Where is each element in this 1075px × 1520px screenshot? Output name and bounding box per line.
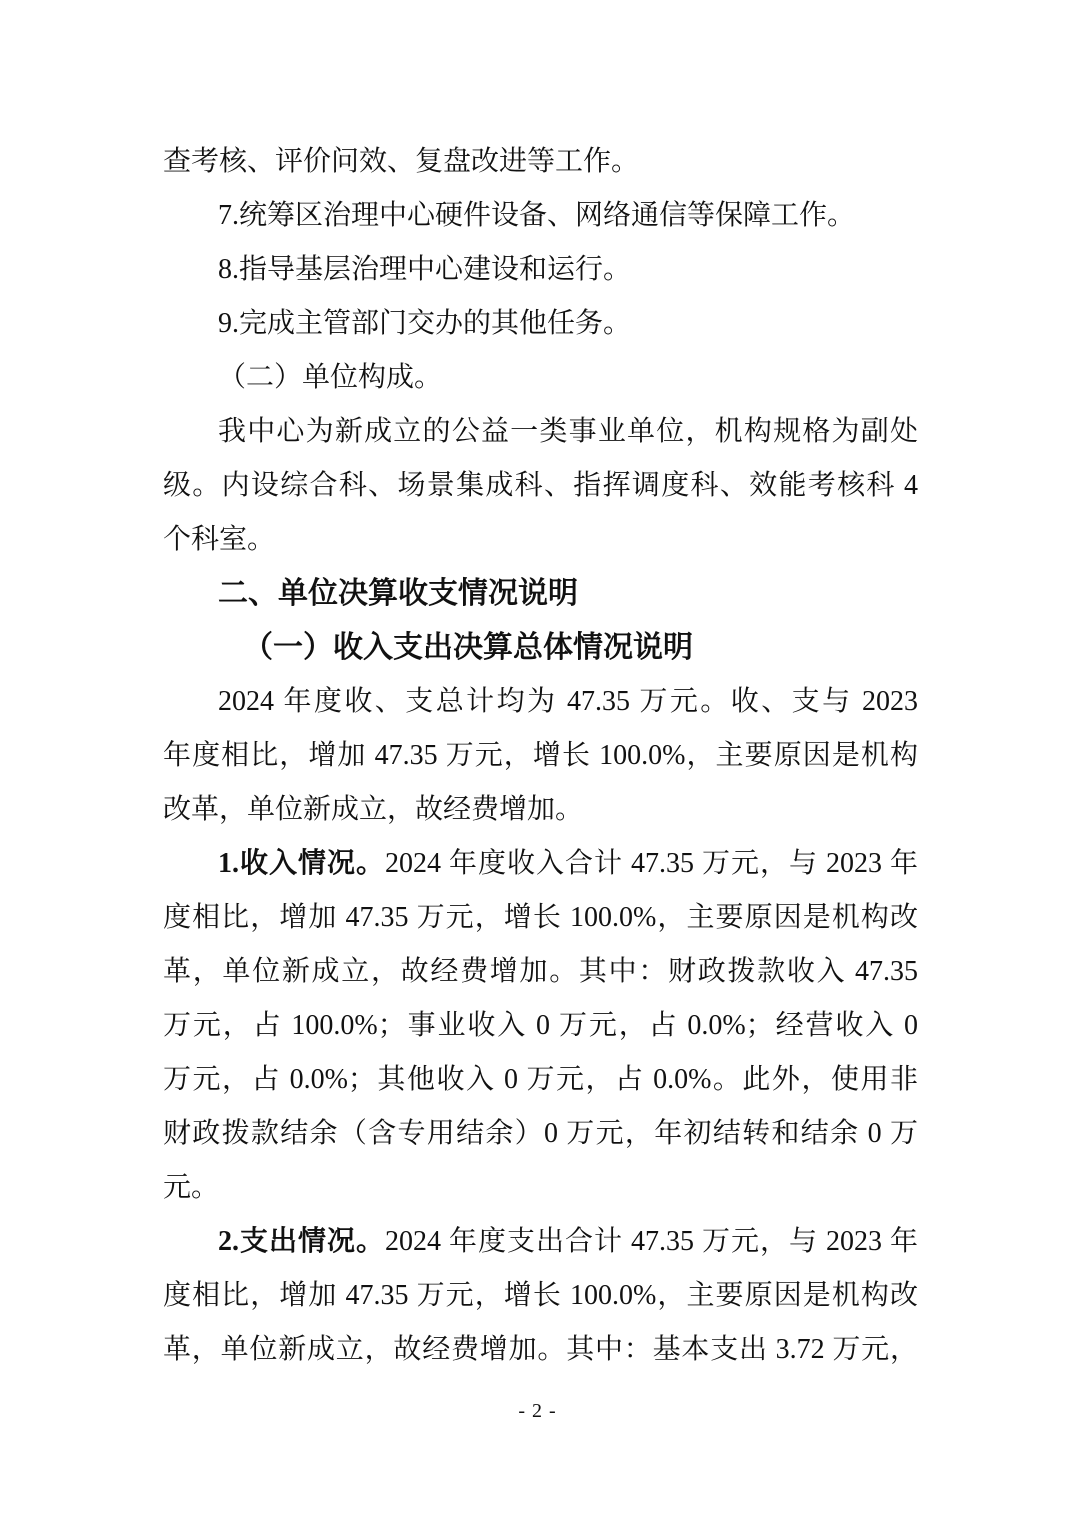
text-line: 万元，占 0.0%；其他收入 0 万元，占 0.0%。此外，使用非 — [163, 1053, 918, 1107]
text-line: 个科室。 — [163, 513, 918, 567]
text-run: 2024 年度支出合计 47.35 万元，与 2023 年 — [385, 1226, 918, 1257]
heading-section-2: 二、单位决算收支情况说明 — [163, 567, 918, 621]
heading-unit-composition: （二）单位构成。 — [163, 351, 918, 405]
text-line: 革，单位新成立，故经费增加。其中：基本支出 3.72 万元， — [163, 1323, 918, 1377]
text-line: 级。内设综合科、场景集成科、指挥调度科、效能考核科 4 — [163, 459, 918, 513]
list-item-8: 8.指导基层治理中心建设和运行。 — [163, 243, 918, 297]
text-line: 查考核、评价问效、复盘改进等工作。 — [163, 135, 918, 189]
text-line: 元。 — [163, 1161, 918, 1215]
heading-subsection-1: （一）收入支出决算总体情况说明 — [163, 621, 918, 675]
text-line: 2024 年度收、支总计均为 47.35 万元。收、支与 2023 — [163, 675, 918, 729]
text-line: 度相比，增加 47.35 万元，增长 100.0%，主要原因是机构改 — [163, 891, 918, 945]
text-line: 改革，单位新成立，故经费增加。 — [163, 783, 918, 837]
text-line-income-start: 1.收入情况。2024 年度收入合计 47.35 万元，与 2023 年 — [163, 837, 918, 891]
text-line: 我中心为新成立的公益一类事业单位，机构规格为副处 — [163, 405, 918, 459]
text-line-expenditure-start: 2.支出情况。2024 年度支出合计 47.35 万元，与 2023 年 — [163, 1215, 918, 1269]
document-body: 查考核、评价问效、复盘改进等工作。 7.统筹区治理中心硬件设备、网络通信等保障工… — [163, 135, 918, 1377]
text-line: 财政拨款结余（含专用结余）0 万元，年初结转和结余 0 万 — [163, 1107, 918, 1161]
list-item-7: 7.统筹区治理中心硬件设备、网络通信等保障工作。 — [163, 189, 918, 243]
text-run: 2024 年度收入合计 47.35 万元，与 2023 年 — [385, 848, 918, 879]
document-page: 查考核、评价问效、复盘改进等工作。 7.统筹区治理中心硬件设备、网络通信等保障工… — [0, 0, 1075, 1520]
text-line: 年度相比，增加 47.35 万元，增长 100.0%，主要原因是机构 — [163, 729, 918, 783]
text-line: 万元，占 100.0%；事业收入 0 万元，占 0.0%；经营收入 0 — [163, 999, 918, 1053]
bold-run-expenditure-label: 2.支出情况。 — [218, 1226, 385, 1257]
list-item-9: 9.完成主管部门交办的其他任务。 — [163, 297, 918, 351]
text-line: 度相比，增加 47.35 万元，增长 100.0%，主要原因是机构改 — [163, 1269, 918, 1323]
text-line: 革，单位新成立，故经费增加。其中：财政拨款收入 47.35 — [163, 945, 918, 999]
page-number: - 2 - — [0, 1400, 1075, 1423]
bold-run-income-label: 1.收入情况。 — [218, 848, 385, 879]
